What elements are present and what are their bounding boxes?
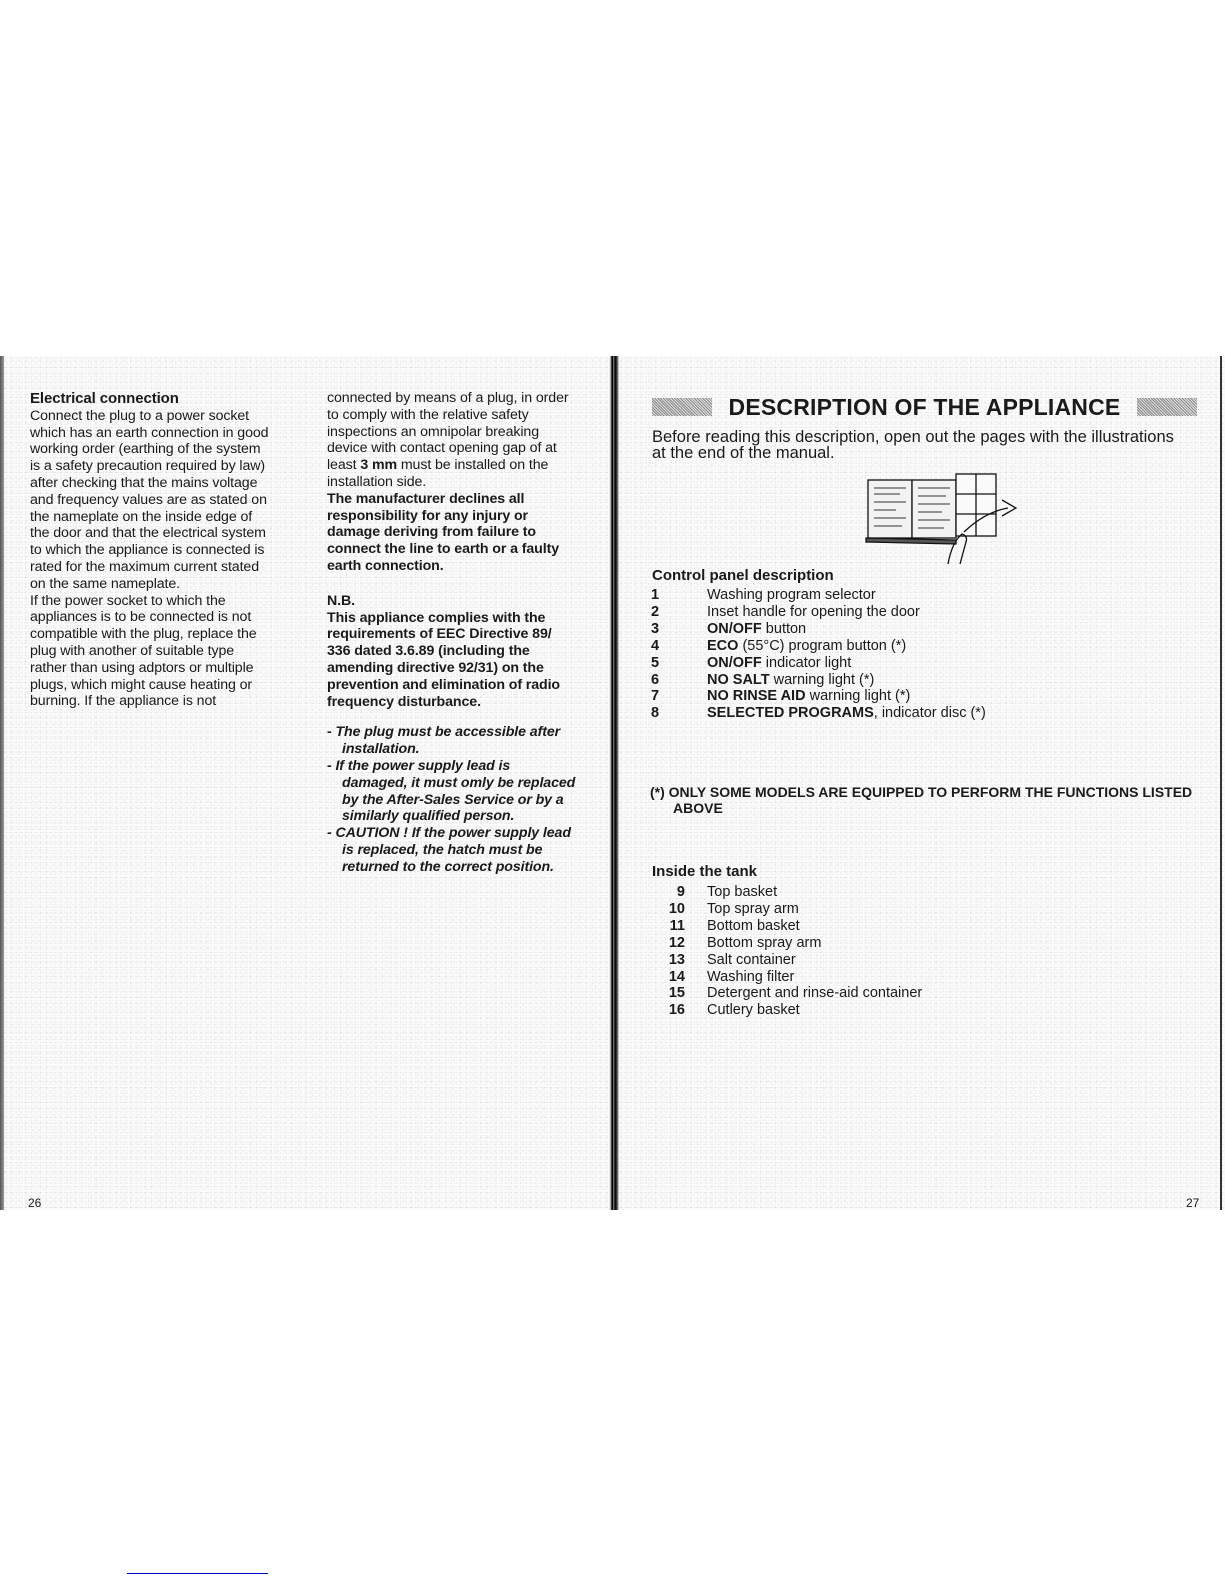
nb-label: N.B.: [327, 593, 587, 610]
inside-tank-list: 9Top basket10Top spray arm11Bottom baske…: [651, 884, 922, 1019]
list-item: 8SELECTED PROGRAMS, indicator disc (*): [651, 705, 986, 722]
empty-hyperlink[interactable]: [127, 1573, 268, 1574]
list-item: 5ON/OFF indicator light: [651, 655, 986, 672]
list-item: 13Salt container: [651, 952, 922, 969]
decorative-hatch-right: [1137, 398, 1197, 416]
text-line: which has an earth connection in good: [30, 425, 295, 442]
list-item: 2Inset handle for opening the door: [651, 604, 986, 621]
text-line: the door and that the electrical system: [30, 525, 295, 542]
item-label: Cutlery basket: [707, 1002, 800, 1019]
text-line: the nameplate on the inside edge of: [30, 509, 295, 526]
item-label: ON/OFF button: [707, 621, 806, 638]
item-label: Top spray arm: [707, 901, 799, 918]
list-item: 12Bottom spray arm: [651, 935, 922, 952]
intro-text: Before reading this description, open ou…: [652, 429, 1197, 461]
text-line: rated for the maximum current stated: [30, 559, 295, 576]
text-line: device with contact opening gap of at: [327, 440, 587, 457]
warning-line: - The plug must be accessible after: [327, 724, 587, 741]
text-line: rather than using adptors or multiple: [30, 660, 295, 677]
list-item: 16Cutlery basket: [651, 1002, 922, 1019]
warning-line: is replaced, the hatch must be: [327, 842, 587, 859]
decorative-hatch-left: [652, 398, 712, 416]
text-line: responsibility for any injury or: [327, 508, 587, 525]
item-number: 1: [651, 587, 707, 604]
item-number: 7: [651, 688, 707, 705]
item-number: 13: [651, 952, 707, 969]
text-line: plug with another of suitable type: [30, 643, 295, 660]
text-line: prevention and elimination of radio: [327, 677, 587, 694]
text-line: inspections an omnipolar breaking: [327, 424, 587, 441]
section-heading: Electrical connection: [30, 391, 295, 408]
footnote: (*) ONLY SOME MODELS ARE EQUIPPED TO PER…: [650, 784, 1215, 816]
item-label: NO RINSE AID warning light (*): [707, 688, 910, 705]
text-line: connected by means of a plug, in order: [327, 390, 587, 407]
list-item: 10Top spray arm: [651, 901, 922, 918]
item-label: Detergent and rinse-aid container: [707, 985, 922, 1002]
book-spine: [609, 356, 619, 1210]
text-line: Connect the plug to a power socket: [30, 408, 295, 425]
warning-line: - If the power supply lead is: [327, 758, 587, 775]
list-item: 4ECO (55°C) program button (*): [651, 638, 986, 655]
text-line: working order (earthing of the system: [30, 441, 295, 458]
item-number: 9: [651, 884, 707, 901]
control-panel-heading: Control panel description: [652, 567, 834, 584]
item-number: 10: [651, 901, 707, 918]
item-number: 3: [651, 621, 707, 638]
text-line: connect the line to earth or a faulty: [327, 541, 587, 558]
text-line: 336 dated 3.6.89 (including the: [327, 643, 587, 660]
item-label: ON/OFF indicator light: [707, 655, 851, 672]
eec-compliance-note: This appliance complies with therequirem…: [327, 610, 587, 711]
list-item: 14Washing filter: [651, 969, 922, 986]
text-line: appliances is to be connected is not: [30, 609, 295, 626]
text-line: to which the appliance is connected is: [30, 542, 295, 559]
item-number: 16: [651, 1002, 707, 1019]
warning-line: returned to the correct position.: [327, 859, 587, 876]
item-number: 11: [651, 918, 707, 935]
warning-line: by the After-Sales Service or by a: [327, 792, 587, 809]
least-line: least 3 mm must be installed on the: [327, 457, 587, 474]
text-line: to comply with the relative safety: [327, 407, 587, 424]
list-item: 1Washing program selector: [651, 587, 986, 604]
text-line: and frequency values are as stated on: [30, 492, 295, 509]
safety-warnings: - The plug must be accessible afterinsta…: [327, 724, 587, 875]
list-item: 6NO SALT warning light (*): [651, 672, 986, 689]
item-number: 6: [651, 672, 707, 689]
item-label: NO SALT warning light (*): [707, 672, 874, 689]
page-title-row: DESCRIPTION OF THE APPLIANCE: [652, 392, 1197, 422]
text-line: requirements of EEC Directive 89/: [327, 626, 587, 643]
warning-line: damaged, it must omly be replaced: [327, 775, 587, 792]
text-line: plugs, which might cause heating or: [30, 677, 295, 694]
item-label: Top basket: [707, 884, 777, 901]
text-line: damage deriving from failure to: [327, 524, 587, 541]
page-title: DESCRIPTION OF THE APPLIANCE: [712, 394, 1137, 421]
page-number-left: 26: [28, 1196, 41, 1210]
page-number-right: 27: [1186, 1196, 1199, 1210]
inside-tank-heading: Inside the tank: [652, 863, 757, 880]
item-number: 5: [651, 655, 707, 672]
list-item: 11Bottom basket: [651, 918, 922, 935]
installation-side-line: installation side.: [327, 474, 587, 491]
text-line: This appliance complies with the: [327, 610, 587, 627]
text-line: The manufacturer declines all: [327, 491, 587, 508]
warning-line: similarly qualified person.: [327, 808, 587, 825]
text-line: after checking that the mains voltage: [30, 475, 295, 492]
warning-line: installation.: [327, 741, 587, 758]
item-number: 12: [651, 935, 707, 952]
manufacturer-disclaimer: The manufacturer declines allresponsibil…: [327, 491, 587, 575]
item-label: ECO (55°C) program button (*): [707, 638, 906, 655]
text-line: on the same nameplate.: [30, 576, 295, 593]
continuation-text: connected by means of a plug, in orderto…: [327, 390, 587, 457]
text-line: amending directive 92/31) on the: [327, 660, 587, 677]
open-manual-fold-out-icon: [860, 472, 1020, 568]
electrical-connection-text: Connect the plug to a power socketwhich …: [30, 408, 295, 710]
text-line: is a safety precaution required by law): [30, 458, 295, 475]
item-number: 8: [651, 705, 707, 722]
item-label: Bottom basket: [707, 918, 800, 935]
item-label: Washing program selector: [707, 587, 876, 604]
text-line: frequency disturbance.: [327, 694, 587, 711]
control-panel-list: 1Washing program selector2Inset handle f…: [651, 587, 986, 722]
item-label: SELECTED PROGRAMS, indicator disc (*): [707, 705, 986, 722]
item-number: 15: [651, 985, 707, 1002]
item-number: 2: [651, 604, 707, 621]
electrical-continuation-section: connected by means of a plug, in orderto…: [327, 390, 587, 876]
item-label: Bottom spray arm: [707, 935, 821, 952]
text-line: earth connection.: [327, 558, 587, 575]
list-item: 9Top basket: [651, 884, 922, 901]
item-label: Inset handle for opening the door: [707, 604, 920, 621]
text-line: burning. If the appliance is not: [30, 693, 295, 710]
page-edge-left: [0, 356, 4, 1210]
electrical-connection-section: Electrical connection Connect the plug t…: [30, 391, 295, 710]
list-item: 15Detergent and rinse-aid container: [651, 985, 922, 1002]
item-number: 4: [651, 638, 707, 655]
list-item: 7NO RINSE AID warning light (*): [651, 688, 986, 705]
page-edge-right: [1220, 356, 1222, 1210]
item-label: Salt container: [707, 952, 796, 969]
text-line: compatible with the plug, replace the: [30, 626, 295, 643]
item-number: 14: [651, 969, 707, 986]
warning-line: - CAUTION ! If the power supply lead: [327, 825, 587, 842]
list-item: 3ON/OFF button: [651, 621, 986, 638]
text-line: If the power socket to which the: [30, 593, 295, 610]
item-label: Washing filter: [707, 969, 794, 986]
